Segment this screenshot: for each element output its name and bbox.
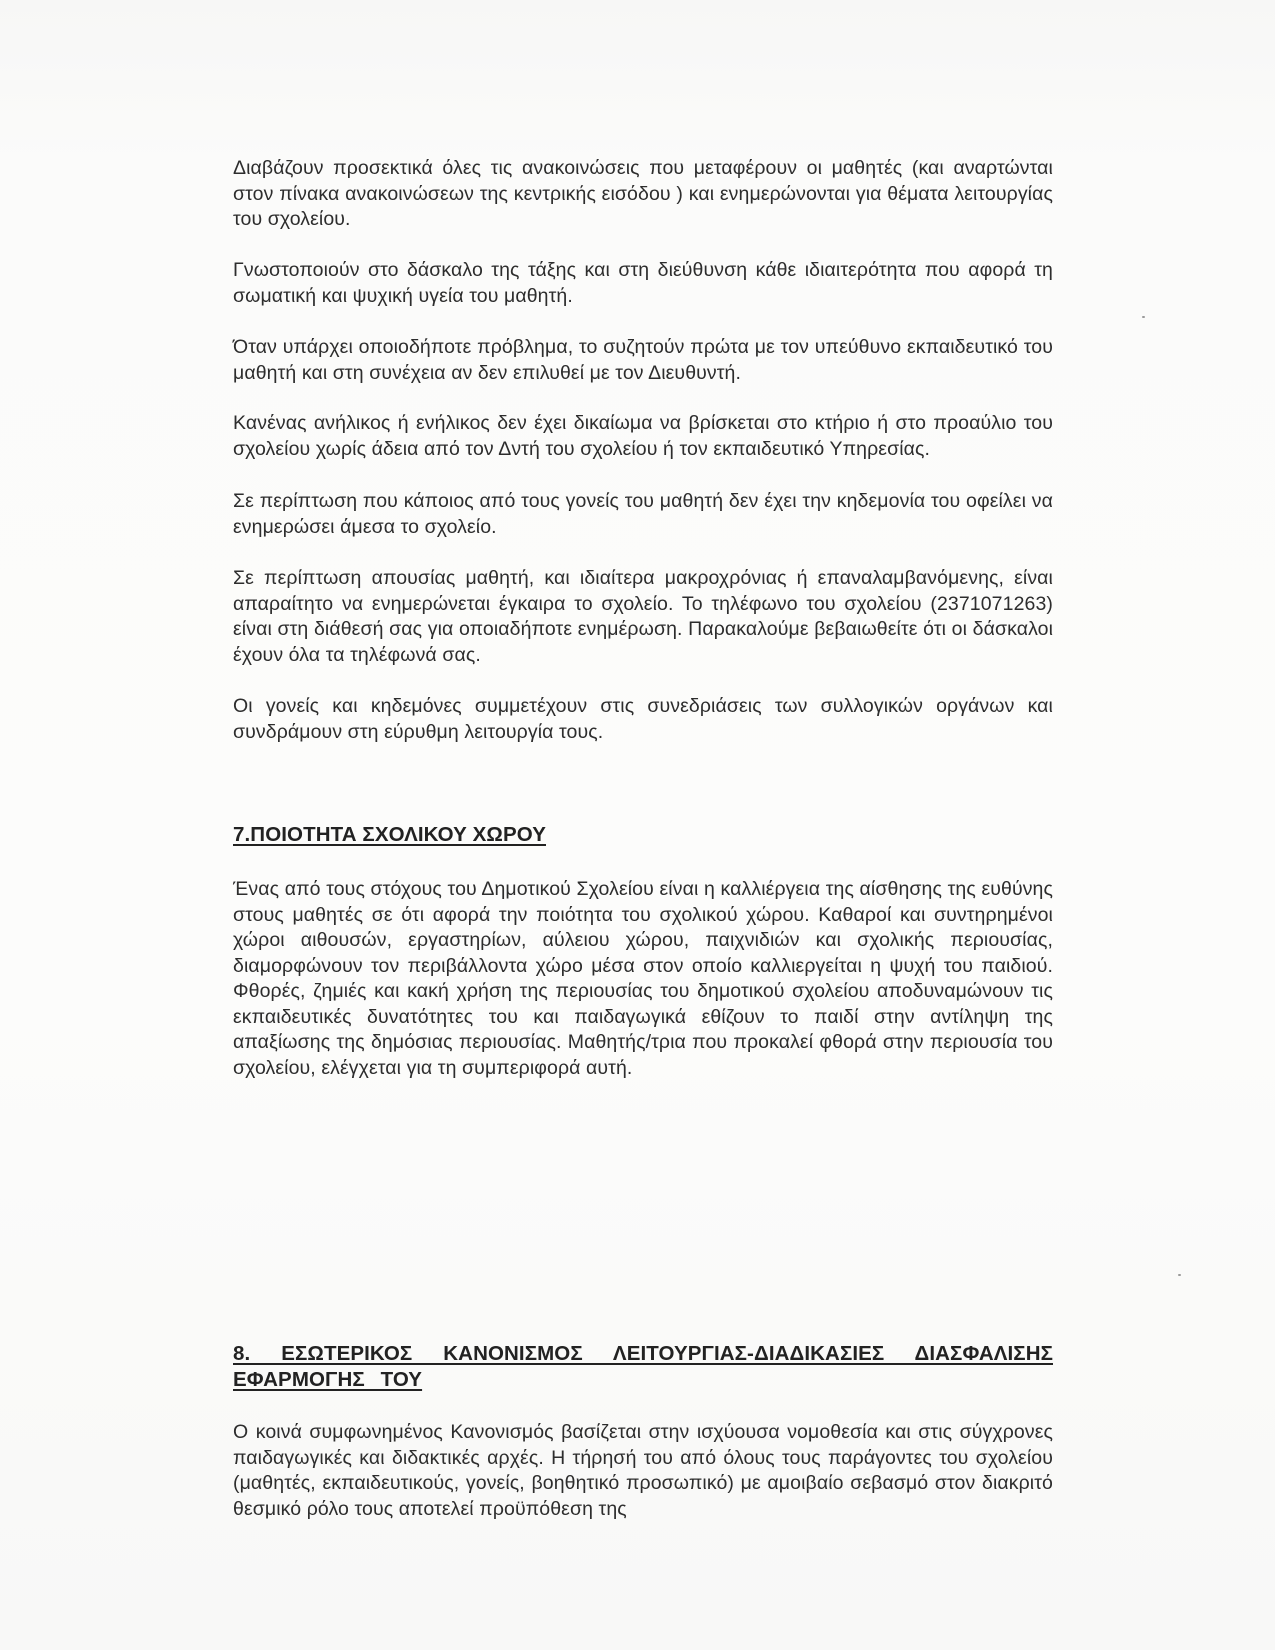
section-7-heading: 7.ΠΟΙΟΤΗΤΑ ΣΧΟΛΙΚΟΥ ΧΩΡΟΥ bbox=[233, 822, 1053, 848]
paragraph-absence: Σε περίπτωση απουσίας μαθητή, και ιδιαίτ… bbox=[233, 566, 1053, 668]
scanned-page: Διαβάζουν προσεκτικά όλες τις ανακοινώσε… bbox=[0, 0, 1275, 1650]
section-7-body: Ένας από τους στόχους του Δημοτικού Σχολ… bbox=[233, 877, 1053, 1081]
paragraph-announcements: Διαβάζουν προσεκτικά όλες τις ανακοινώσε… bbox=[233, 156, 1053, 233]
section-8-heading: 8. ΕΣΩΤΕΡΙΚΟΣ ΚΑΝΟΝΙΣΜΟΣ ΛΕΙΤΟΥΡΓΙΑΣ-ΔΙΑ… bbox=[233, 1341, 1053, 1393]
paragraph-health-notice: Γνωστοποιούν στο δάσκαλο της τάξης και σ… bbox=[233, 258, 1053, 309]
paragraph-parents-participation: Οι γονείς και κηδεμόνες συμμετέχουν στις… bbox=[233, 694, 1053, 745]
section-8-body: Ο κοινά συμφωνημένος Κανονισμός βασίζετα… bbox=[233, 1420, 1053, 1522]
paragraph-custody: Σε περίπτωση που κάποιος από τους γονείς… bbox=[233, 489, 1053, 540]
scan-speck bbox=[1178, 1274, 1181, 1276]
paragraph-problem-resolution: Όταν υπάρχει οποιοδήποτε πρόβλημα, το συ… bbox=[233, 335, 1053, 386]
paragraph-access-permission: Κανένας ανήλικος ή ενήλικος δεν έχει δικ… bbox=[233, 411, 1053, 462]
scan-speck bbox=[1142, 316, 1145, 318]
